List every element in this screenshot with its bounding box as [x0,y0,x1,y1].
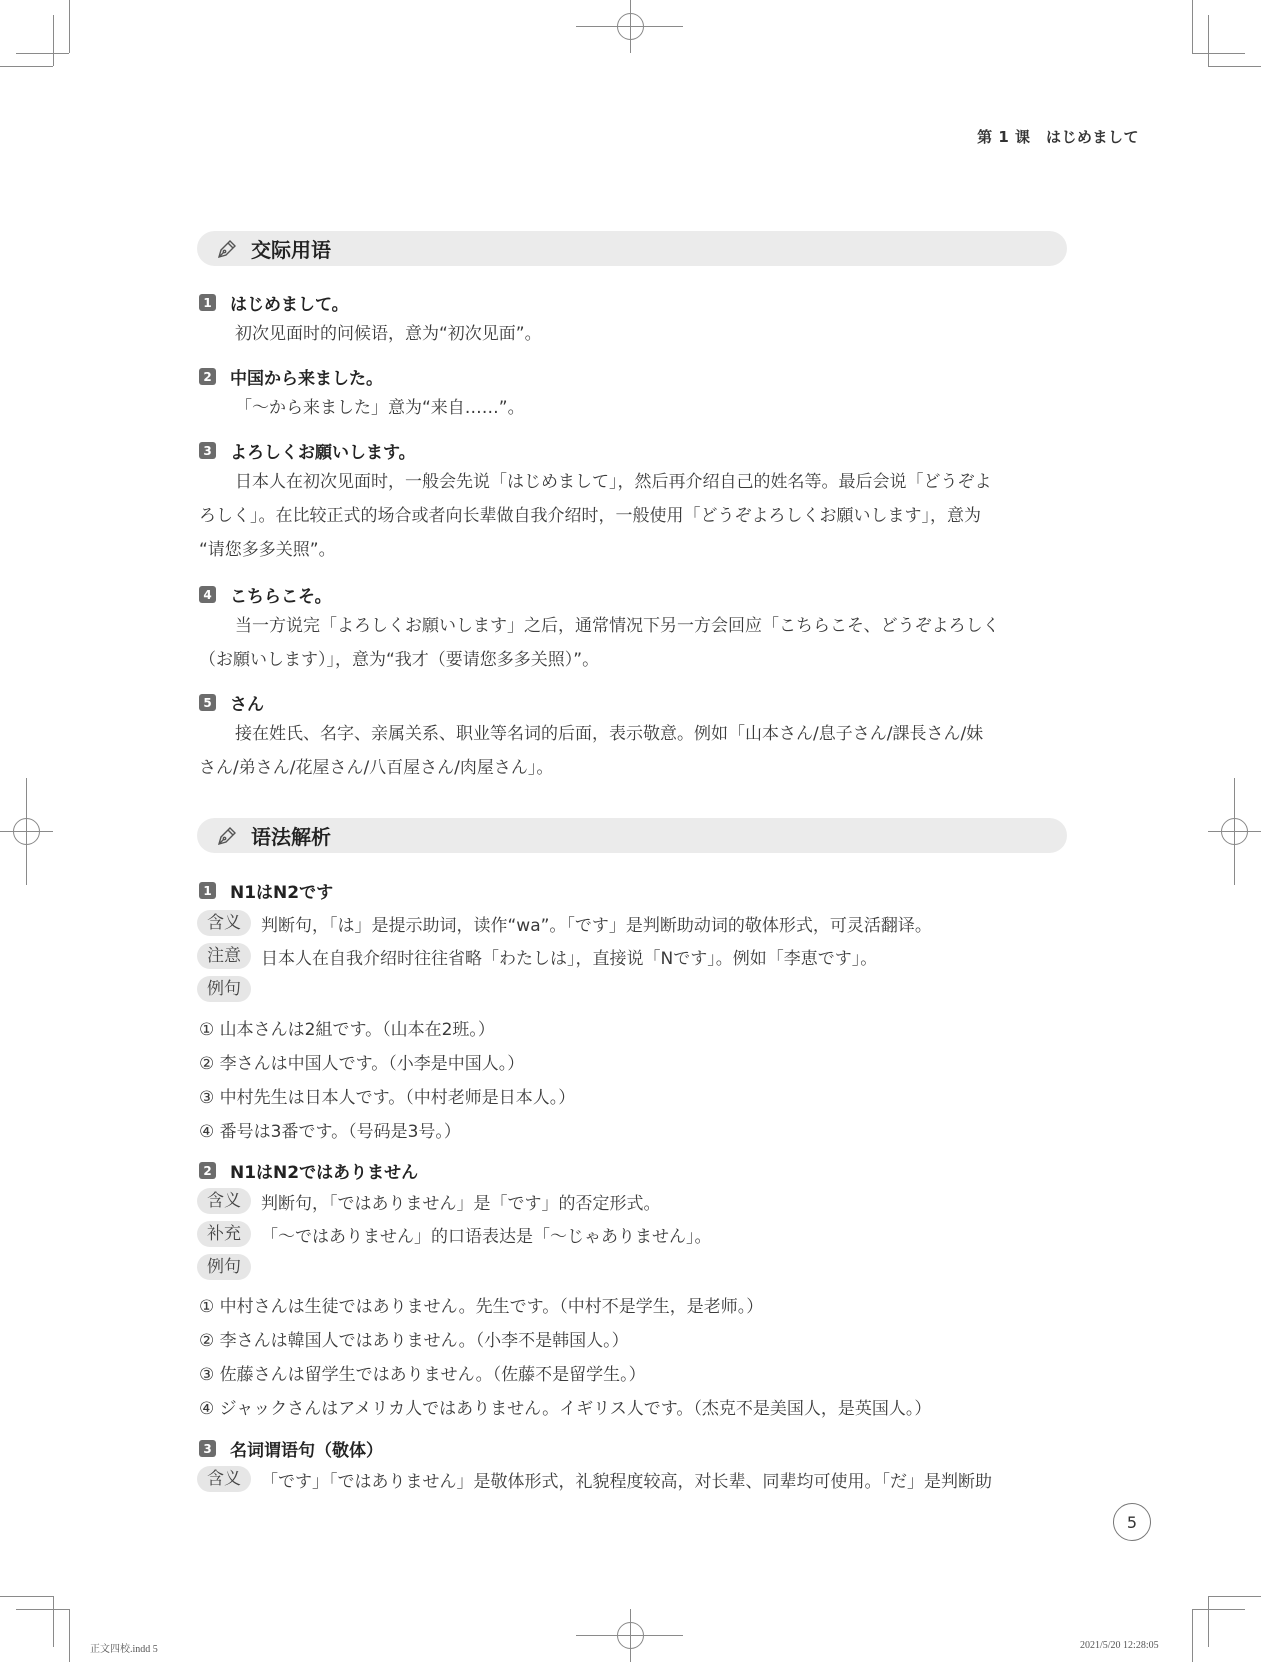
example-sentence: ③ 中村先生は日本人です。（中村老师是日本人。） [199,1083,575,1108]
crop-mark [69,1609,70,1662]
item-heading: 5さん [199,690,264,715]
tag-pill: 含义 [197,1188,251,1214]
tag-pill: 注意 [197,943,251,969]
tag-line: 例句 [197,1254,261,1280]
example-sentence: ① 山本さんは2組です。（山本在2班。） [199,1015,495,1040]
number-badge: 1 [199,294,216,311]
tag-pill: 含义 [197,1466,251,1492]
paragraph: “请您多多关照”。 [199,534,1067,567]
paragraph: さん/弟さん/花屋さん/八百屋さん/肉屋さん」。 [199,752,1067,785]
paragraph: 初次见面时的问候语，意为“初次见面”。 [199,318,1067,351]
item-heading-text: さん [230,690,264,715]
crop-mark [1192,53,1245,54]
registration-mark [1221,818,1248,845]
item-heading-text: はじめまして。 [230,290,349,315]
crop-mark [1192,1609,1245,1610]
crop-mark [1208,66,1261,67]
crop-mark [69,0,70,53]
number-badge: 3 [199,442,216,459]
crop-mark [53,1596,54,1647]
example-sentence: ② 李さんは中国人です。（小李是中国人。） [199,1049,524,1074]
example-sentence: ④ 番号は3番です。（号码是3号。） [199,1117,461,1142]
example-sentence: ① 中村さんは生徒ではありません。先生です。（中村不是学生，是老师。） [199,1292,763,1317]
tag-line: 含义「です」「ではありません」是敬体形式，礼貌程度较高，对长辈、同辈均可使用。「… [197,1466,992,1492]
tag-line: 注意日本人在自我介绍时往往省略「わたしは」，直接说「Nです」。例如「李恵です」。 [197,943,877,969]
number-badge: 1 [199,882,216,899]
crop-mark [0,1596,53,1597]
number-badge: 2 [199,1162,216,1179]
section-title: 交际用语 [251,234,331,263]
crop-mark [1192,0,1193,53]
item-heading: 4こちらこそ。 [199,582,332,607]
pen-icon [215,237,239,261]
item-heading: 3よろしくお願いします。 [199,438,416,463]
item-heading-text: N1はN2ではありません [230,1158,418,1183]
number-badge: 5 [199,694,216,711]
section-header-communication: 交际用语 [197,231,1067,266]
item-heading-text: よろしくお願いします。 [230,438,416,463]
crop-mark [1208,1596,1209,1647]
item-heading: 2中国から来ました。 [199,364,383,389]
example-sentence: ④ ジャックさんはアメリカ人ではありません。イギリス人です。（杰克不是美国人，是… [199,1394,931,1419]
item-heading-text: 名词谓语句（敬体） [230,1436,383,1461]
item-heading-text: 中国から来ました。 [230,364,383,389]
paragraph: 当一方说完「よろしくお願いします」之后，通常情况下另一方会回应「こちらこそ、どう… [199,610,1067,643]
item-heading: 3名词谓语句（敬体） [199,1436,383,1461]
item-heading: 1はじめまして。 [199,290,349,315]
pen-icon [215,824,239,848]
paragraph: ろしく」。在比较正式的场合或者向长辈做自我介绍时，一般使用「どうぞよろしくお願い… [199,500,1067,533]
crop-mark [16,1609,69,1610]
section-title: 语法解析 [251,821,331,850]
tag-line: 含义判断句，「は」是提示助词，读作“wa”。「です」是判断助动词的敬体形式，可灵… [197,910,932,936]
registration-mark [617,13,644,40]
crop-mark [53,15,54,66]
slug-filename: 正文四校.indd 5 [90,1640,158,1655]
paragraph: 日本人在初次见面时，一般会先说「はじめまして」，然后再介绍自己的姓名等。最后会说… [199,466,1067,499]
tag-line: 补充「～ではありません」的口语表达是「～じゃありません」。 [197,1221,712,1247]
tag-pill: 补充 [197,1221,251,1247]
item-heading: 2N1はN2ではありません [199,1158,418,1183]
crop-mark [1192,1609,1193,1662]
crop-mark [0,66,53,67]
slug-timestamp: 2021/5/20 12:28:05 [1080,1640,1159,1651]
page-number: 5 [1113,1503,1151,1541]
item-heading-text: N1はN2です [230,878,333,903]
tag-pill: 例句 [197,1254,251,1280]
item-heading: 1N1はN2です [199,878,333,903]
number-badge: 2 [199,368,216,385]
section-header-grammar: 语法解析 [197,818,1067,853]
paragraph: （お願いします）」，意为“我才（要请您多多关照）”。 [199,644,1067,677]
registration-mark [13,818,40,845]
paragraph: 接在姓氏、名字、亲属关系、职业等名词的后面，表示敬意。例如「山本さん/息子さん/… [199,718,1067,751]
example-sentence: ③ 佐藤さんは留学生ではありません。（佐藤不是留学生。） [199,1360,646,1385]
tag-line: 例句 [197,976,261,1002]
registration-mark [617,1622,644,1649]
running-head: 第 1 课 はじめまして [977,126,1139,147]
tag-pill: 含义 [197,910,251,936]
paragraph: 「～から来ました」意为“来自……”。 [199,392,1067,425]
number-badge: 3 [199,1440,216,1457]
crop-mark [1208,15,1209,66]
tag-line: 含义判断句，「ではありません」是「です」的否定形式。 [197,1188,661,1214]
crop-mark [16,53,69,54]
crop-mark [1208,1596,1261,1597]
item-heading-text: こちらこそ。 [230,582,332,607]
number-badge: 4 [199,586,216,603]
tag-pill: 例句 [197,976,251,1002]
example-sentence: ② 李さんは韓国人ではありません。（小李不是韩国人。） [199,1326,629,1351]
